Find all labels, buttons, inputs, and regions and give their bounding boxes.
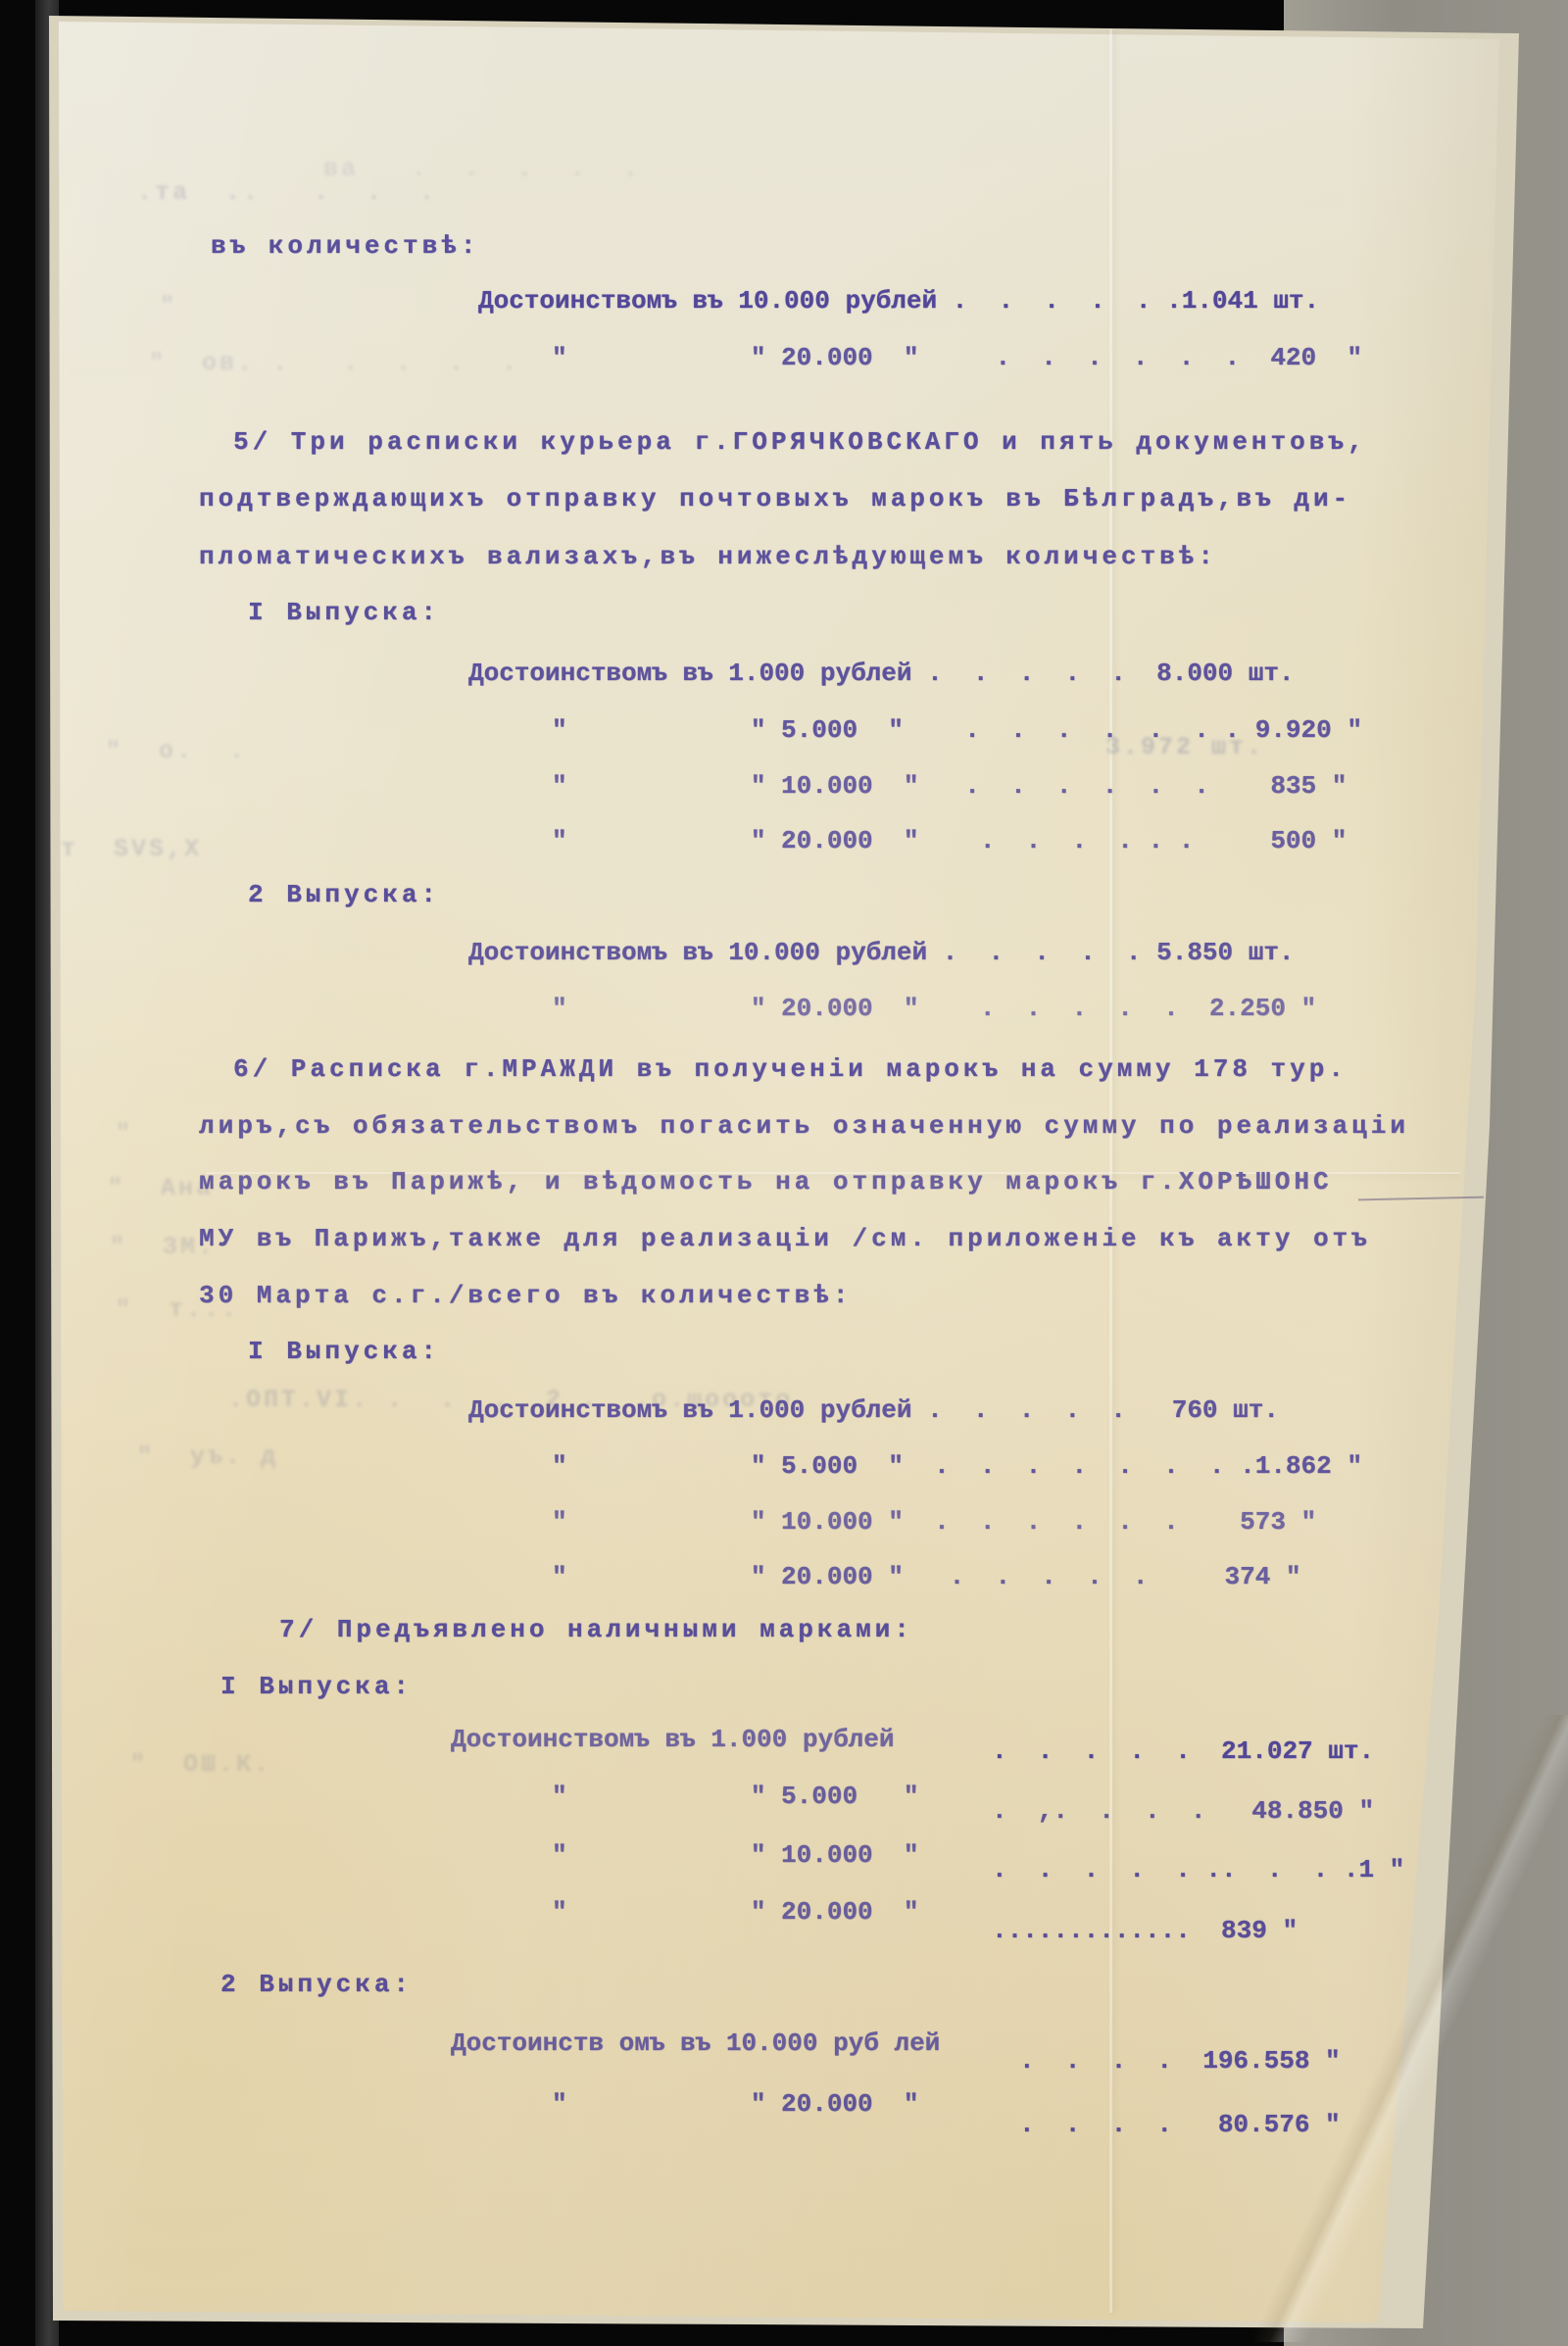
quantity-value: ............. 839 " [992, 1916, 1298, 1945]
item6-line: лиръ,съ обязательствомъ погасить означен… [199, 1111, 1409, 1141]
quantity-value: . . . . 80.576 " [1019, 2110, 1341, 2139]
denomination-row: Достоинствомъ въ 1.000 рублей . . . . . … [468, 659, 1295, 688]
denomination-row: " " 5.000 " . . . . . . . .1.862 " [552, 1451, 1362, 1481]
bleed-through-mark: ва . . . . . [323, 155, 641, 183]
bleed-through-mark: " ов. . . . . . [149, 349, 519, 377]
denomination-label: " " 20.000 " [552, 1897, 918, 1927]
issue-heading: I Выпуска: [248, 1337, 440, 1366]
bleed-through-mark: " [160, 292, 177, 320]
item5-line: подтверждающихъ отправку почтовыхъ марок… [199, 484, 1351, 513]
denomination-label: " " 20.000 " [552, 2089, 918, 2119]
issue-heading: 2 Выпуска: [220, 1970, 413, 1999]
denomination-row: " " 10.000 " . . . . . . 835 " [552, 771, 1347, 801]
denomination-row: Достоинствомъ въ 10.000 рублей . . . . .… [468, 938, 1295, 967]
quantity-value: . . . . 196.558 " [1019, 2046, 1341, 2076]
item6-line: 30 Марта с.г./всего въ количествѣ: [199, 1281, 853, 1310]
intro-line: въ количествѣ: [211, 231, 479, 261]
denomination-label: Достоинств омъ въ 10.000 руб лей [451, 2028, 940, 2058]
issue-heading: I Выпуска: [220, 1672, 413, 1701]
bleed-through-mark: " о. . [106, 737, 247, 765]
denomination-row: " " 20.000 " . . . . . . 500 " [552, 826, 1347, 855]
bleed-through-mark: т SVS,Х [61, 835, 202, 863]
item7-heading: 7/ Предъявлено наличными марками: [279, 1615, 913, 1644]
denomination-label: " " 5.000 " [552, 1782, 918, 1811]
quantity-value: . ,. . . . 48.850 " [992, 1796, 1374, 1826]
scanned-document: .та .. . . . ва . . . . . " " ов. . . . … [0, 0, 1568, 2346]
denomination-row: " " 5.000 " . . . . . . . 9.920 " [552, 715, 1362, 745]
issue-heading: I Выпуска: [248, 598, 440, 627]
denomination-row: " " 20.000 " . . . . . . 420 " [552, 343, 1362, 372]
item5-line: 5/ Три расписки курьера г.ГОРЯЧКОВСКАГО … [233, 427, 1367, 457]
denomination-row: Достоинствомъ въ 1.000 рублей . . . . . … [468, 1395, 1279, 1425]
bleed-through-mark: " [116, 1119, 133, 1148]
denomination-row: " " 20.000 " . . . . . 2.250 " [552, 994, 1316, 1023]
quantity-value: . . . . . .. . . .1 " [992, 1855, 1404, 1884]
denomination-row: " " 20.000 " . . . . . 374 " [552, 1562, 1301, 1591]
issue-heading: 2 Выпуска: [248, 880, 440, 909]
bleed-through-mark: " уъ. д [137, 1442, 278, 1471]
item6-line: 6/ Расписка г.МРАЖДИ въ полученіи марокъ… [233, 1054, 1347, 1084]
item5-line: пломатическихъ вализахъ,въ нижеслѣдующем… [199, 542, 1217, 571]
item6-line: МУ въ Парижъ,также для реализаціи /см. п… [199, 1224, 1371, 1253]
bleed-through-mark: " ОШ.К. [130, 1750, 271, 1779]
denomination-row: Достоинствомъ въ 10.000 рублей . . . . .… [478, 286, 1319, 316]
denomination-row: " " 10.000 " . . . . . . 573 " [552, 1507, 1316, 1537]
denomination-label: Достоинствомъ въ 1.000 рублей [451, 1725, 894, 1754]
item6-line: марокъ въ Парижѣ, и вѣдомость на отправк… [199, 1167, 1333, 1197]
bleed-through-mark: " Ана [108, 1174, 214, 1202]
quantity-value: . . . . . 21.027 шт. [992, 1736, 1374, 1766]
denomination-label: " " 10.000 " [552, 1840, 918, 1870]
